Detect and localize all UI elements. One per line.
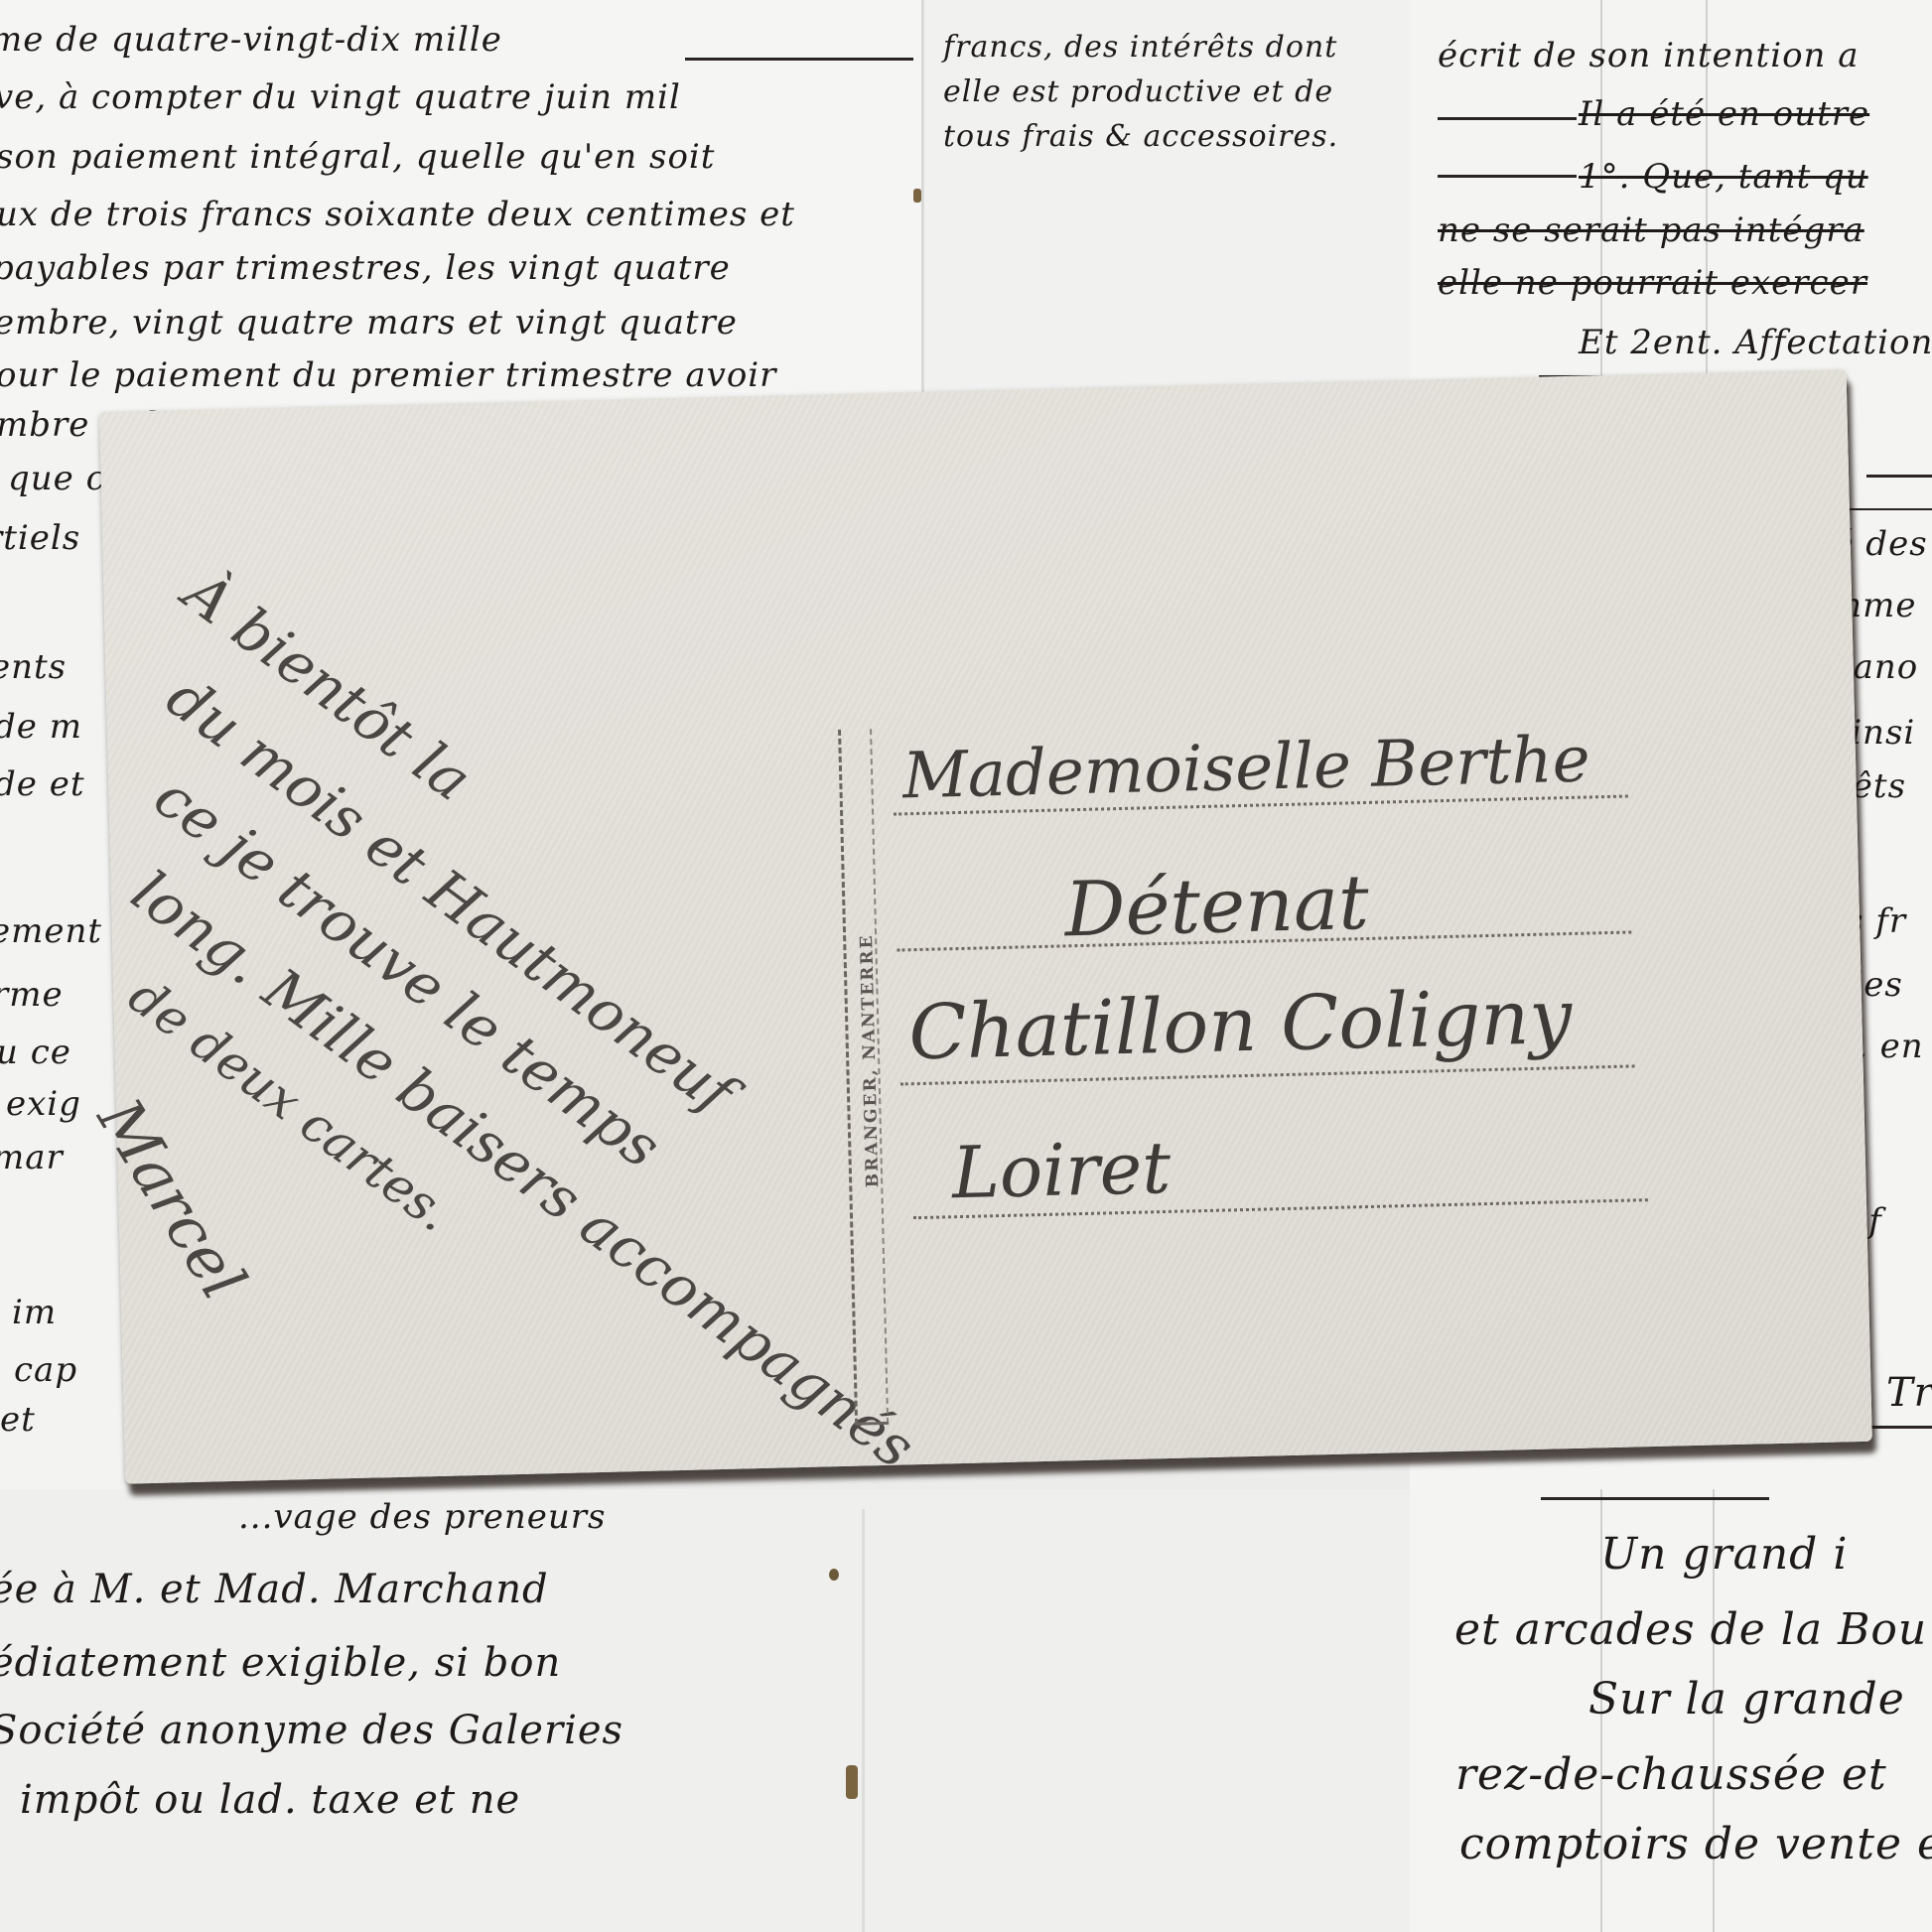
manuscript-line: im <box>12 1293 57 1332</box>
address-line-3: Chatillon Coligny <box>907 972 1573 1076</box>
manuscript-line: u ce <box>0 1033 71 1072</box>
manuscript-line: Un grand i <box>1600 1529 1848 1580</box>
manuscript-line: et <box>0 1400 36 1440</box>
manuscript-line: francs, des intérêts dont <box>943 30 1337 65</box>
manuscript-line: de et <box>0 764 84 804</box>
manuscript-line: de m <box>0 707 82 747</box>
paper-fold <box>862 1509 865 1932</box>
manuscript-line: mar <box>0 1138 64 1177</box>
manuscript-line: édiatement exigible, si bon <box>0 1640 561 1686</box>
manuscript-line: et arcades de la Bou <box>1454 1604 1927 1655</box>
manuscript-line: comptoirs de vente en <box>1459 1819 1932 1869</box>
manuscript-line: exig <box>6 1084 81 1124</box>
address-line-4: Loiret <box>951 1126 1172 1214</box>
manuscript-line: ux de trois francs soixante deux centime… <box>0 195 795 234</box>
manuscript-line: rez-de-chaussée et <box>1455 1749 1887 1800</box>
strike-rule <box>1438 117 1577 120</box>
paper-fold <box>921 0 923 417</box>
postcard: À bientôt la du mois et Hautmoneuf ce je… <box>99 369 1872 1484</box>
manuscript-line-struck: elle ne pourrait exercer <box>1438 263 1867 303</box>
manuscript-line: ve, à compter du vingt quatre juin mil <box>0 77 681 117</box>
manuscript-line: ée à M. et Mad. Marchand <box>0 1567 549 1612</box>
manuscript-line: Sur la grande <box>1588 1674 1905 1725</box>
manuscript-line: elle est productive et de <box>943 74 1333 109</box>
manuscript-line: our le paiement du premier trimestre avo… <box>0 355 776 395</box>
manuscript-line: me de quatre-vingt-dix mille <box>0 20 502 60</box>
punch-hole <box>846 1765 858 1799</box>
manuscript-line: rme <box>0 975 64 1015</box>
punch-hole <box>913 189 921 203</box>
manuscript-line: ...vage des preneurs <box>238 1497 607 1537</box>
card-divider-line <box>838 730 858 1425</box>
underline-rule <box>1541 1497 1769 1500</box>
manuscript-line: son paiement intégral, quelle qu'en soit <box>0 137 715 177</box>
strike-rule <box>1438 175 1577 178</box>
manuscript-line: Et 2ent. Affectation <box>1579 323 1932 362</box>
printer-imprint: BRANGER, NANTERRE <box>857 933 883 1187</box>
manuscript-line: tous frais & accessoires. <box>943 119 1338 154</box>
manuscript-line: ement <box>0 911 102 951</box>
manuscript-line: embre, vingt quatre mars et vingt quatre <box>0 303 738 343</box>
manuscript-line: écrit de son intention a <box>1438 36 1860 75</box>
photo-scene: me de quatre-vingt-dix mille ve, à compt… <box>0 0 1932 1932</box>
manuscript-line-struck: 1°. Que, tant qu <box>1579 157 1868 197</box>
manuscript-line: cap <box>14 1350 77 1390</box>
manuscript-line-struck: Il a été en outre <box>1579 94 1869 134</box>
manuscript-line-struck: ne se serait pas intégra <box>1438 210 1864 250</box>
punch-hole <box>829 1569 839 1581</box>
manuscript-line: Tr <box>1886 1370 1932 1416</box>
manuscript-line: impôt ou lad. taxe et ne <box>20 1777 520 1823</box>
manuscript-line: payables par trimestres, les vingt quatr… <box>0 248 731 288</box>
box-rule <box>685 58 913 61</box>
manuscript-line: Société anonyme des Galeries <box>0 1708 623 1753</box>
manuscript-line: rtiels <box>0 518 80 558</box>
underline-rule <box>1866 475 1932 478</box>
manuscript-line: ents <box>0 647 67 687</box>
